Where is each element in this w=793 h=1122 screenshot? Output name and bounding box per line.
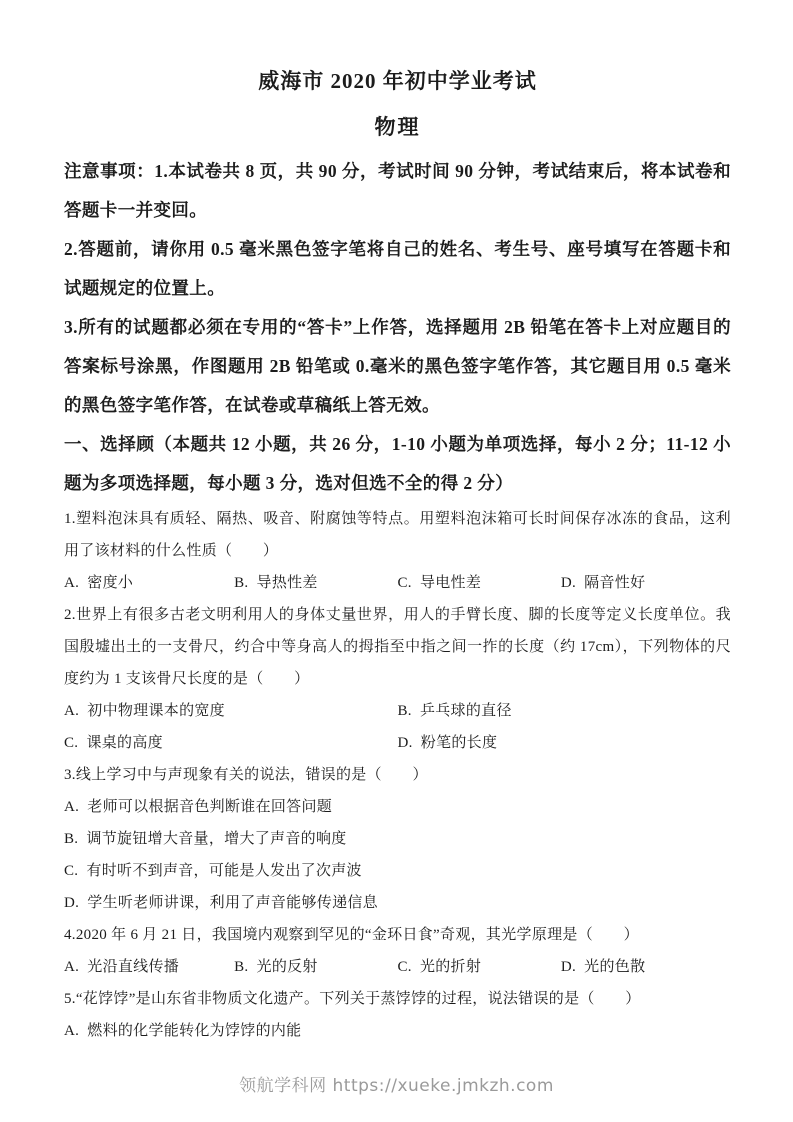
question-4: 4.2020 年 6 月 21 日，我国境内观察到罕见的“金环日食”奇观，其光学…: [64, 919, 731, 983]
option-a: A. 初中物理课本的宽度: [64, 695, 398, 727]
option-d: D. 粉笔的长度: [398, 727, 732, 759]
question-1-options: A. 密度小 B. 导热性差 C. 导电性差 D. 隔音性好: [64, 567, 731, 599]
option-a: A. 老师可以根据音色判断谁在回答问题: [64, 791, 731, 823]
notice-paragraph-3: 3.所有的试题都必须在专用的“答卡”上作答，选择题用 2B 铅笔在答卡上对应题目…: [64, 308, 731, 425]
page-content: 威海市 2020 年初中学业考试 物理 注意事项：1.本试卷共 8 页，共 90…: [0, 0, 793, 1047]
watermark-text: 领航学科网 https://xueke.jmkzh.com: [0, 1071, 793, 1096]
question-5: 5.“花饽饽”是山东省非物质文化遗产。下列关于蒸饽饽的过程，说法错误的是（ ） …: [64, 983, 731, 1047]
question-2-stem: 2.世界上有很多古老文明利用人的身体丈量世界，用人的手臂长度、脚的长度等定义长度…: [64, 599, 731, 695]
question-list: 1.塑料泡沫具有质轻、隔热、吸音、附腐蚀等特点。用塑料泡沫箱可长时间保存冰冻的食…: [64, 503, 731, 1047]
option-b: B. 调节旋钮增大音量，增大了声音的响度: [64, 823, 731, 855]
subject-title: 物理: [64, 112, 731, 142]
question-1: 1.塑料泡沫具有质轻、隔热、吸音、附腐蚀等特点。用塑料泡沫箱可长时间保存冰冻的食…: [64, 503, 731, 599]
option-c: C. 导电性差: [397, 567, 560, 599]
option-a: A. 密度小: [64, 567, 234, 599]
page-title: 威海市 2020 年初中学业考试: [64, 0, 731, 96]
option-b: B. 光的反射: [234, 951, 397, 983]
notice-paragraph-2: 2.答题前，请你用 0.5 毫米黑色签字笔将自己的姓名、考生号、座号填写在答题卡…: [64, 230, 731, 308]
question-3: 3.线上学习中与声现象有关的说法，错误的是（ ） A. 老师可以根据音色判断谁在…: [64, 759, 731, 919]
exam-page: 威海市 2020 年初中学业考试 物理 注意事项：1.本试卷共 8 页，共 90…: [0, 0, 793, 1122]
question-4-options: A. 光沿直线传播 B. 光的反射 C. 光的折射 D. 光的色散: [64, 951, 731, 983]
question-5-options: A. 燃料的化学能转化为饽饽的内能: [64, 1015, 731, 1047]
question-2-options: A. 初中物理课本的宽度 B. 乒乓球的直径 C. 课桌的高度 D. 粉笔的长度: [64, 695, 731, 759]
option-d: D. 隔音性好: [561, 567, 731, 599]
option-d: D. 学生听老师讲课，利用了声音能够传递信息: [64, 887, 731, 919]
option-b: B. 乒乓球的直径: [398, 695, 732, 727]
option-d: D. 光的色散: [561, 951, 731, 983]
question-2: 2.世界上有很多古老文明利用人的身体丈量世界，用人的手臂长度、脚的长度等定义长度…: [64, 599, 731, 759]
question-5-stem: 5.“花饽饽”是山东省非物质文化遗产。下列关于蒸饽饽的过程，说法错误的是（ ）: [64, 983, 731, 1015]
option-a: A. 燃料的化学能转化为饽饽的内能: [64, 1015, 731, 1047]
notice-section: 注意事项：1.本试卷共 8 页，共 90 分，考试时间 90 分钟，考试结束后，…: [64, 152, 731, 425]
question-3-stem: 3.线上学习中与声现象有关的说法，错误的是（ ）: [64, 759, 731, 791]
section-header: 一、选择顾（本题共 12 小题，共 26 分，1-10 小题为单项选择，每小 2…: [64, 425, 731, 503]
option-a: A. 光沿直线传播: [64, 951, 234, 983]
option-b: B. 导热性差: [234, 567, 397, 599]
question-1-stem: 1.塑料泡沫具有质轻、隔热、吸音、附腐蚀等特点。用塑料泡沫箱可长时间保存冰冻的食…: [64, 503, 731, 567]
notice-paragraph-1: 注意事项：1.本试卷共 8 页，共 90 分，考试时间 90 分钟，考试结束后，…: [64, 152, 731, 230]
question-4-stem: 4.2020 年 6 月 21 日，我国境内观察到罕见的“金环日食”奇观，其光学…: [64, 919, 731, 951]
option-c: C. 光的折射: [397, 951, 560, 983]
option-c: C. 有时听不到声音，可能是人发出了次声波: [64, 855, 731, 887]
question-3-options: A. 老师可以根据音色判断谁在回答问题 B. 调节旋钮增大音量，增大了声音的响度…: [64, 791, 731, 919]
option-c: C. 课桌的高度: [64, 727, 398, 759]
